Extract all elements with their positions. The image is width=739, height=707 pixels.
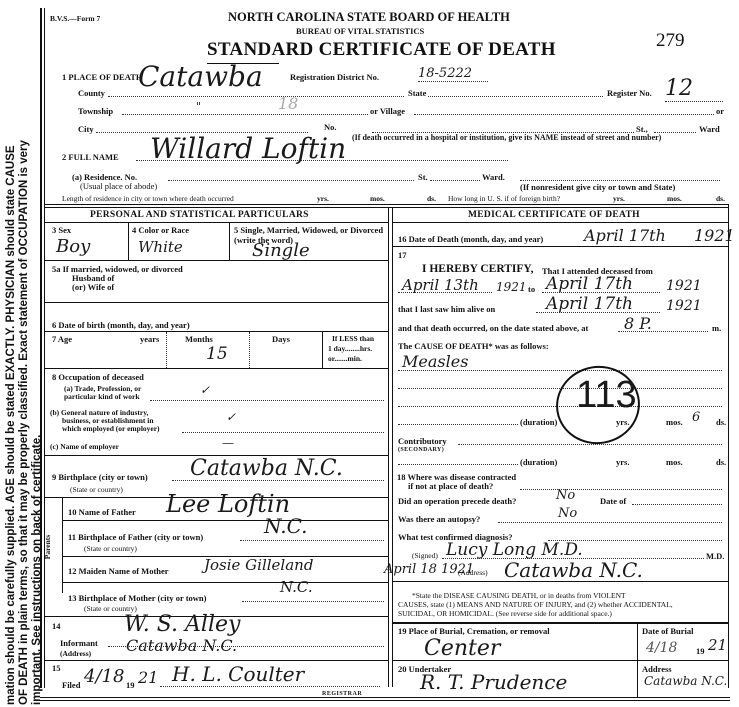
- county-value: Catawba: [138, 60, 263, 93]
- attended-from: April 13th: [402, 276, 479, 294]
- undertaker-address-value: Catawba N.C.: [644, 674, 727, 688]
- age-days-label: Days: [272, 334, 290, 344]
- parents-divider: [62, 497, 63, 593]
- city-label: City: [78, 124, 94, 134]
- operation-label: Did an operation precede death?: [398, 496, 516, 506]
- registrar-value: H. L. Coulter: [172, 662, 304, 686]
- ward-label: Ward: [699, 124, 720, 134]
- mother-birth-label: 13 Birthplace of Mother (city or town): [68, 593, 207, 603]
- occ-c-value: —: [222, 436, 234, 450]
- row-line-3: [44, 331, 388, 332]
- township-dots: [122, 114, 368, 115]
- cause-label: The CAUSE OF DEATH* was as follows:: [398, 341, 549, 351]
- filed-label: Filed: [62, 680, 80, 690]
- death-time-value: 8 P.: [624, 314, 652, 333]
- address-label: (Address): [458, 568, 488, 578]
- county-dots: [108, 96, 404, 97]
- signed-value: Lucy Long M.D.: [446, 540, 583, 560]
- place-of-death-label: 1 PLACE OF DEATH: [62, 72, 143, 82]
- informant-label: Informant: [60, 638, 98, 648]
- residence-ward-label: Ward.: [482, 172, 505, 182]
- certificate-number: 279: [656, 30, 685, 52]
- father-birth-value: N.C.: [264, 514, 308, 538]
- age-months-divider: [249, 332, 250, 368]
- county-label: County: [78, 88, 105, 98]
- cause-duration-label: (duration): [520, 417, 557, 427]
- register-no-label: Register No.: [607, 88, 652, 98]
- foreign-ds: ds.: [716, 194, 725, 204]
- age-months-label: Months: [185, 334, 213, 344]
- row-line-9: [62, 582, 388, 583]
- registrar-dots: [160, 686, 380, 687]
- undertaker-address-label: Address: [642, 664, 672, 674]
- left-border: [40, 8, 42, 688]
- father-birth-label: 11 Birthplace of Father (city or town): [68, 532, 203, 542]
- mother-label: 12 Maiden Name of Mother: [68, 566, 169, 576]
- length-residence-label: Length of residence in city or town wher…: [62, 194, 234, 204]
- personal-title-line: [44, 222, 388, 223]
- age-less-label-3: or.......min.: [328, 354, 362, 364]
- filed-year-prefix: 19: [126, 680, 135, 690]
- length-yrs: yrs.: [317, 194, 329, 204]
- cause-mos-label: mos.: [666, 417, 683, 427]
- age-years-divider: [166, 332, 167, 368]
- autopsy-label: Was there an autopsy?: [398, 514, 480, 524]
- occ-c-label: (c) Name of employer: [50, 442, 119, 452]
- date-of-dots: [632, 504, 722, 505]
- mother-birth-dots: [242, 601, 384, 602]
- operation-value: No: [556, 488, 575, 503]
- filed-num: 15: [52, 663, 61, 673]
- certificate-title: STANDARD CERTIFICATE OF DEATH: [207, 39, 556, 61]
- mother-value: Josie Gilleland: [204, 556, 313, 574]
- date-of-label: Date of: [600, 496, 626, 506]
- birthplace-value: Catawba N.C.: [190, 456, 343, 481]
- age-months-value: 15: [206, 344, 228, 364]
- informant-sub: (Address): [60, 649, 91, 659]
- burial-year: 21: [708, 636, 727, 654]
- state-dots: [428, 96, 603, 97]
- no-label: No.: [324, 122, 337, 132]
- informant-address: Catawba N.C.: [126, 636, 237, 655]
- medical-line-2: [392, 581, 728, 582]
- contributory-dots: [458, 444, 722, 445]
- where-contracted-dots: [520, 489, 722, 490]
- register-no-value: 12: [665, 76, 723, 102]
- bottom-border: [40, 697, 730, 698]
- burial-year-prefix: 19: [696, 646, 705, 656]
- row-line-1: [44, 260, 388, 261]
- margin-line-2: OF DEATH in plain terms, so that it may …: [18, 5, 31, 705]
- hospital-note: (If death occurred in a hospital or inst…: [352, 133, 661, 143]
- cause-value: Measles: [402, 352, 468, 371]
- residence-sub: (Usual place of abode): [80, 181, 157, 191]
- registration-district-value: 18-5222: [418, 66, 488, 82]
- attended-to: April 17th: [546, 274, 633, 294]
- foreign-yrs: yrs.: [613, 194, 625, 204]
- contributory-duration-label: (duration): [520, 457, 557, 467]
- date-of-death-year: 1921: [694, 226, 735, 245]
- to-label: to: [528, 284, 535, 294]
- contributory-mos-label: mos.: [666, 457, 683, 467]
- death-time-suffix: m.: [712, 323, 721, 333]
- burial-date-value: 4/18: [646, 640, 677, 656]
- full-name-value: Willard Loftin: [150, 132, 346, 165]
- last-saw-label: that I last saw him alive on: [398, 304, 495, 314]
- personal-section-title: PERSONAL AND STATISTICAL PARTICULARS: [90, 210, 309, 220]
- registration-district-label: Registration District No.: [290, 72, 379, 82]
- autopsy-dots: [498, 522, 722, 523]
- medical-line-3: [392, 622, 728, 624]
- nonresident-dots: [520, 180, 720, 181]
- attended-from-year: 1921: [496, 280, 527, 294]
- informant-value: W. S. Alley: [124, 612, 240, 637]
- burial-date-label: Date of Burial: [642, 626, 693, 636]
- village-dots: [414, 114, 714, 115]
- occupation-label: 8 Occupation of deceased: [52, 372, 144, 382]
- color-value: White: [138, 238, 183, 256]
- section-divider-top: [44, 204, 728, 205]
- marital-value: Single: [252, 240, 310, 261]
- informant-num: 14: [52, 621, 61, 631]
- sex-divider: [128, 222, 129, 260]
- age-days-divider: [322, 332, 323, 368]
- occ-b-label-3: which employed (or employer): [62, 424, 160, 434]
- circled-code: 113: [576, 374, 637, 417]
- margin-line-1: mation should be carefully supplied. AGE…: [5, 5, 18, 705]
- row-line-7: [62, 520, 388, 521]
- occ-a-dots: [150, 400, 384, 401]
- length-mos: mos.: [370, 194, 385, 204]
- state-label: State: [408, 88, 426, 98]
- date-of-death-value: April 17th: [584, 226, 666, 245]
- filed-date: 4/18: [84, 666, 124, 687]
- last-saw-value: April 17th: [546, 294, 633, 314]
- parents-label: Parents: [43, 535, 53, 559]
- where-contracted-label-2: if not at place of death?: [408, 481, 493, 491]
- occ-a-label-2: particular kind of work: [64, 392, 140, 402]
- father-birth-dots: [240, 540, 384, 541]
- autopsy-value: No: [558, 506, 577, 521]
- foreign-mos: mos.: [667, 194, 682, 204]
- row-line-11: [44, 660, 388, 661]
- age-less-label-2: 1 day........hrs.: [328, 344, 372, 354]
- village-label: or Village: [370, 106, 405, 116]
- contributory-yrs-label: yrs.: [616, 457, 629, 467]
- birthplace-sub: (State or country): [70, 485, 123, 495]
- occ-b-value: ✓: [226, 410, 236, 424]
- date-of-death-label: 16 Date of Death (month, day, and year): [398, 234, 543, 244]
- birthplace-label: 9 Birthplace (city or town): [52, 472, 148, 482]
- nonresident-note: (If nonresident give city or town and St…: [520, 182, 675, 192]
- contributory-sub: (SECONDARY): [398, 445, 444, 455]
- medical-section-title: MEDICAL CERTIFICATE OF DEATH: [468, 210, 640, 220]
- row-line-2: [44, 302, 388, 303]
- section-divider-top-2: [44, 207, 728, 208]
- right-border: [728, 204, 729, 688]
- age-years-label: years: [140, 334, 159, 344]
- cause-dots-4: [398, 424, 518, 425]
- form-id: B.V.S.—Form 7: [50, 14, 100, 24]
- board-name: NORTH CAROLINA STATE BOARD OF HEALTH: [228, 10, 510, 25]
- foreign-birth-label: How long in U. S. if of foreign birth?: [448, 194, 560, 204]
- spouse-label-3: (or) Wife of: [72, 282, 114, 292]
- township-label: Township: [78, 106, 113, 116]
- medical-line-1: [392, 246, 728, 247]
- full-name-label: 2 FULL NAME: [62, 152, 119, 162]
- color-label: 4 Color or Race: [132, 225, 189, 235]
- or-label: or: [716, 106, 724, 116]
- md-label: M.D.: [706, 551, 724, 561]
- residence-st-label: St.: [418, 172, 428, 182]
- burial-value: Center: [424, 636, 500, 661]
- margin-instructions: mation should be carefully supplied. AGE…: [5, 5, 35, 705]
- medical-title-line: [392, 222, 728, 223]
- contributory-duration-dots: [398, 464, 518, 465]
- sex-value: Boy: [56, 236, 90, 257]
- burial-label: 19 Place of Burial, Cremation, or remova…: [398, 626, 550, 636]
- age-less-label-1: If LESS than: [332, 334, 374, 344]
- certify-lead: I HEREBY CERTIFY,: [422, 263, 534, 275]
- signed-label: (Signed): [412, 551, 438, 561]
- contributory-ds-label: ds.: [716, 457, 726, 467]
- margin-line-3: important. See instructions on back of c…: [31, 5, 44, 705]
- undertaker-value: R. T. Prudence: [420, 670, 567, 694]
- occ-a-value: ✓: [200, 383, 210, 397]
- attended-to-year: 1921: [666, 278, 702, 294]
- left-border-inner: [44, 8, 45, 688]
- address-value: Catawba N.C.: [504, 558, 643, 582]
- age-label: 7 Age: [52, 334, 72, 344]
- cause-ds-label: ds.: [716, 417, 726, 427]
- color-divider: [229, 222, 230, 260]
- mother-birth-value: N.C.: [280, 578, 313, 596]
- bottom-border-2: [40, 700, 730, 701]
- death-time-label: and that death occurred, on the date sta…: [398, 323, 588, 333]
- item-17: 17: [398, 250, 407, 260]
- sex-label: 3 Sex: [52, 225, 71, 235]
- row-line-4: [44, 368, 388, 369]
- cause-duration-days: 6: [692, 410, 700, 425]
- township-extra: 18: [278, 94, 298, 113]
- length-ds: ds.: [427, 194, 436, 204]
- footnote-3: SUICIDAL, OR HOMICIDAL. (See reverse sid…: [398, 609, 612, 619]
- medical-line-4: [392, 660, 728, 661]
- occ-b-dots: [182, 432, 384, 433]
- father-birth-sub: (State or country): [84, 544, 137, 554]
- column-divider: [388, 207, 389, 687]
- filed-year: 21: [138, 668, 158, 687]
- column-divider-2: [392, 207, 393, 687]
- last-saw-year: 1921: [666, 298, 702, 314]
- residence-ward-dots: [430, 180, 480, 181]
- township-value: ": [196, 100, 201, 113]
- residence-dots: [168, 180, 414, 181]
- bureau-name: BUREAU OF VITAL STATISTICS: [296, 26, 424, 36]
- father-label: 10 Name of Father: [68, 507, 136, 517]
- dob-label: 6 Date of birth (month, day, and year): [52, 320, 190, 330]
